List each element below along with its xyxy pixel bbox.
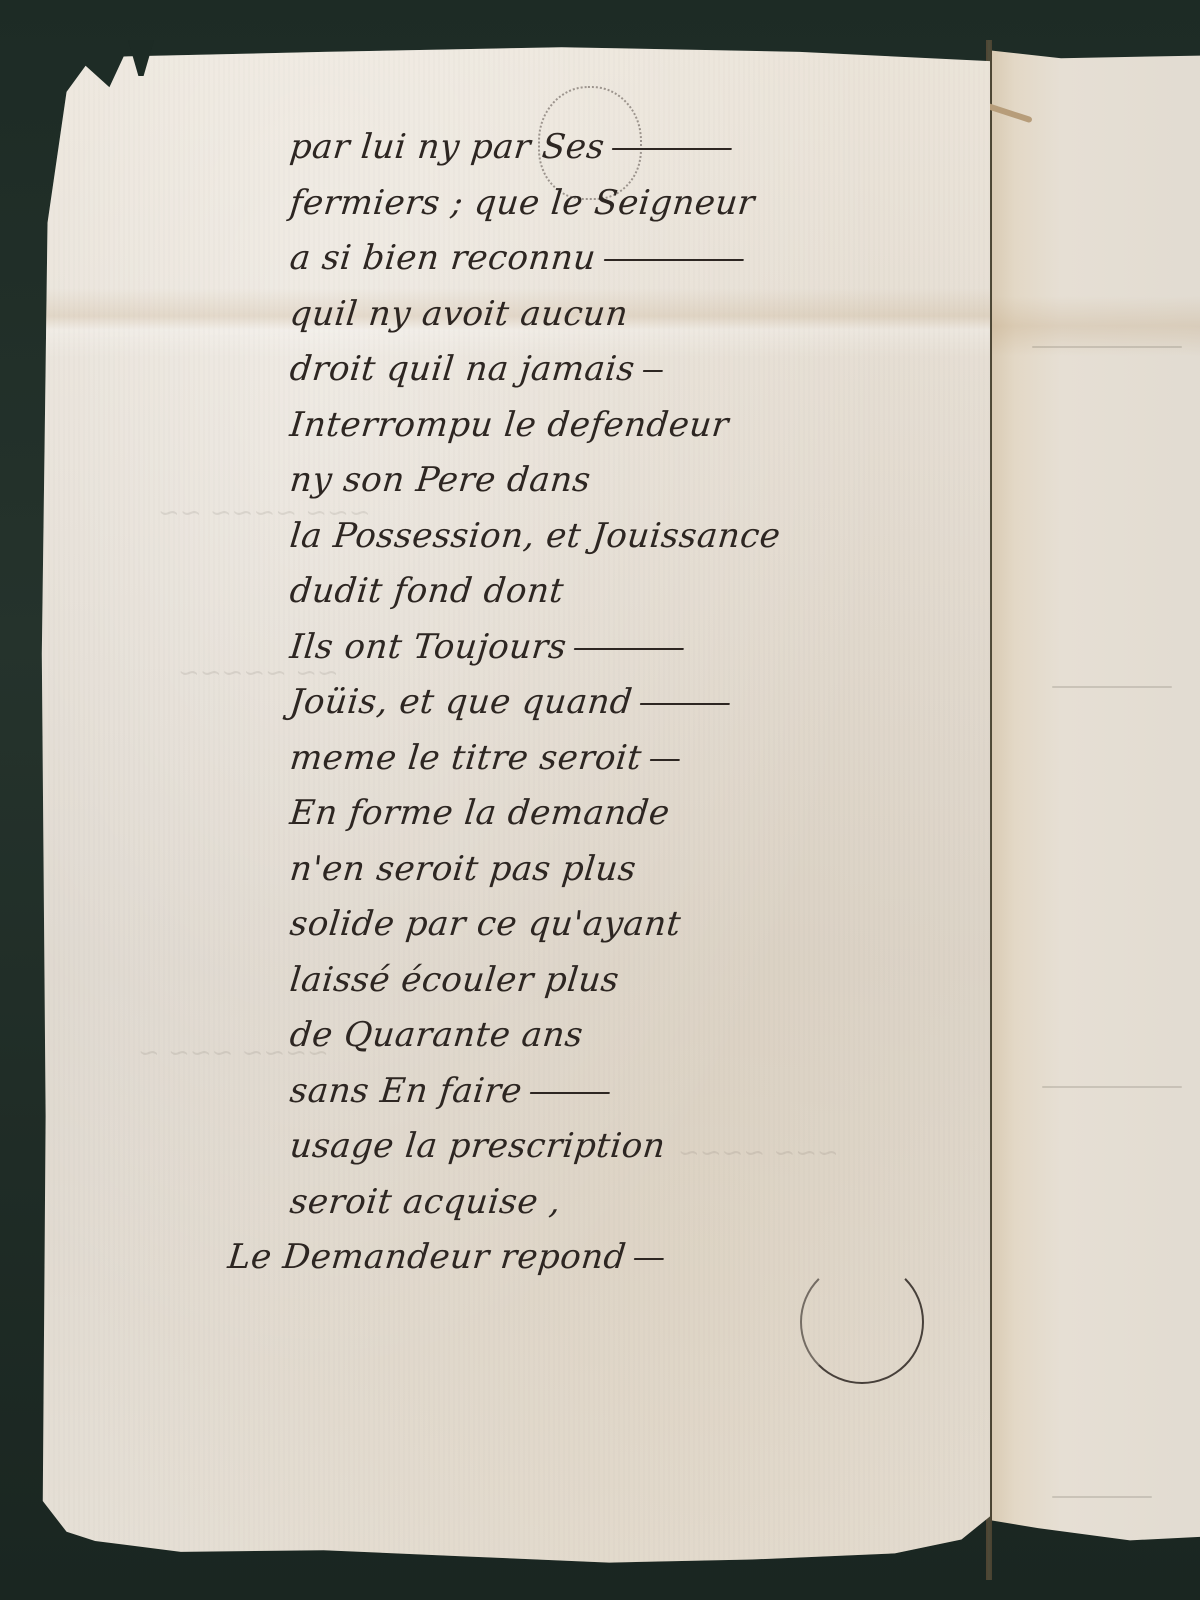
manuscript-line: laissé écouler plus xyxy=(287,953,973,1009)
manuscript-line: n'en seroit pas plus xyxy=(287,842,973,898)
manuscript-line: fermiers ; que le Seigneur xyxy=(287,176,973,232)
faint-ruling xyxy=(1052,686,1172,688)
faint-ruling xyxy=(1032,346,1182,348)
manuscript-line: ny son Pere dans xyxy=(287,453,973,509)
line-filler-stroke xyxy=(612,148,732,150)
photo-scene: ~~~ ~~~~ ~~ ~~ ~~~~~ ~~~~ ~~~ ~ ~~~ ~~~~… xyxy=(0,0,1200,1600)
line-filler-stroke xyxy=(574,648,684,650)
manuscript-line: par lui ny par Ses xyxy=(287,120,973,176)
pen-flourish xyxy=(800,1260,924,1384)
manuscript-line: En forme la demande xyxy=(287,786,973,842)
manuscript-line: de Quarante ans xyxy=(287,1008,973,1064)
manuscript-line: sans En faire xyxy=(287,1064,973,1120)
line-filler-stroke xyxy=(642,370,662,372)
faint-ruling xyxy=(1052,1496,1152,1498)
manuscript-line: dudit fond dont xyxy=(287,564,973,620)
manuscript-line: Interrompu le defendeur xyxy=(287,398,973,454)
manuscript-line: usage la prescription xyxy=(287,1119,973,1175)
faint-ruling xyxy=(1042,1086,1182,1088)
line-filler-stroke xyxy=(640,703,730,705)
manuscript-line: la Possession, et Jouissance xyxy=(287,509,973,565)
manuscript-line: Ils ont Toujours xyxy=(287,620,973,676)
adjacent-page xyxy=(992,46,1200,1574)
manuscript-line: droit quil na jamais xyxy=(287,342,973,398)
line-filler-stroke xyxy=(634,1258,664,1260)
manuscript-line: Joüis, et que quand xyxy=(287,675,973,731)
manuscript-line: a si bien reconnu xyxy=(287,231,973,287)
line-filler-stroke xyxy=(530,1092,610,1094)
manuscript-line: seroit acquise , xyxy=(287,1175,973,1231)
ink-spot xyxy=(203,1578,211,1588)
manuscript-line: solide par ce qu'ayant xyxy=(287,897,973,953)
line-filler-stroke xyxy=(649,759,679,761)
handwritten-text-block: par lui ny par Ses fermiers ; que le Sei… xyxy=(290,120,970,1286)
ink-spot xyxy=(1038,1538,1046,1548)
line-filler-stroke xyxy=(604,259,744,261)
manuscript-line: meme le titre seroit xyxy=(287,731,973,787)
manuscript-line: quil ny avoit aucun xyxy=(287,287,973,343)
